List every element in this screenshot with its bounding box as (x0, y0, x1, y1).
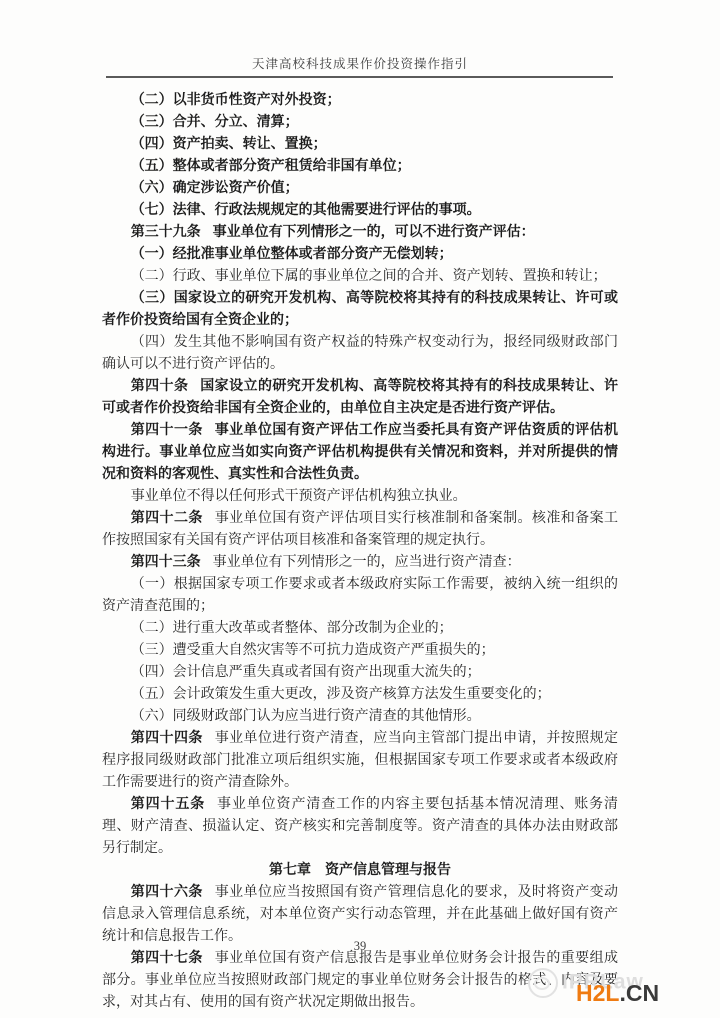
paragraph-text: （三）遭受重大自然灾害等不可抗力造成资产严重损失的； (131, 643, 495, 658)
page-number: 39 (0, 939, 720, 954)
article-lead: 第四十五条 (131, 797, 205, 812)
paragraph-text: （一）根据国家专项工作要求或者本级政府实际工作需要，被纳入统一组织的资产清查范围… (102, 577, 618, 614)
paragraph: （三）遭受重大自然灾害等不可抗力造成资产严重损失的； (102, 640, 618, 662)
paragraph-text: （四）发生其他不影响国有资产权益的特殊产权变动行为，报经同级财政部门确认可以不进… (102, 335, 618, 372)
paragraph-text: （七）法律、行政法规规定的其他需要进行评估的事项。 (131, 203, 481, 218)
paragraph: 第四十条国家设立的研究开发机构、高等院校将其持有的科技成果转让、许可或者作价投资… (102, 376, 618, 420)
paragraph: （五）整体或者部分资产租赁给非国有单位； (102, 156, 618, 178)
watermark-brand-dark: .CN (619, 980, 659, 1006)
paragraph-text: 事业单位有下列情形之一的，可以不进行资产评估： (213, 225, 535, 240)
paragraph: （四）资产拍卖、转让、置换； (102, 134, 618, 156)
paragraph: （五）会计政策发生重大更改，涉及资产核算方法发生重要变化的； (102, 684, 618, 706)
paragraph-text: （五）会计政策发生重大更改，涉及资产核算方法发生重要变化的； (131, 687, 551, 702)
paragraph: （七）法律、行政法规规定的其他需要进行评估的事项。 (102, 200, 618, 222)
article-lead: 第四十条 (131, 379, 189, 394)
paragraph-text: （四）资产拍卖、转让、置换； (131, 137, 327, 152)
paragraph-text: （四）会计信息严重失真或者国有资产出现重大流失的； (131, 665, 481, 680)
paragraph-text: 第七章 资产信息管理与报告 (269, 863, 451, 878)
paragraph-text: （三）国家设立的研究开发机构、高等院校将其持有的科技成果转让、许可或者作价投资给… (102, 291, 618, 328)
paragraph: 事业单位不得以任何形式干预资产评估机构独立执业。 (102, 486, 618, 508)
paragraph: 第四十三条事业单位有下列情形之一的，应当进行资产清查： (102, 552, 618, 574)
paragraph: （二）行政、事业单位下属的事业单位之间的合并、资产划转、置换和转让； (102, 266, 618, 288)
watermark-brand: H2L.CN (576, 980, 659, 1007)
paragraph-text: （一）经批准事业单位整体或者部分资产无偿划转； (131, 247, 453, 262)
paragraph: （二）以非货币性资产对外投资； (102, 90, 618, 112)
document-body: （二）以非货币性资产对外投资；（三）合并、分立、清算；（四）资产拍卖、转让、置换… (102, 90, 618, 1014)
header-rule (106, 76, 613, 78)
article-lead: 第三十九条 (131, 225, 201, 240)
paragraph: （四）会计信息严重失真或者国有资产出现重大流失的； (102, 662, 618, 684)
paragraph: 第四十一条事业单位国有资产评估工作应当委托具有资产评估资质的评估机构进行。事业单… (102, 420, 618, 486)
paragraph: 第四十五条事业单位资产清查工作的内容主要包括基本情况清理、账务清理、财产清查、损… (102, 794, 618, 860)
article-lead: 第四十六条 (131, 885, 203, 900)
paragraph-text: 事业单位不得以任何形式干预资产评估机构独立执业。 (131, 489, 467, 504)
paragraph: （六）确定涉讼资产价值； (102, 178, 618, 200)
paragraph: （二）进行重大改革或者整体、部分改制为企业的； (102, 618, 618, 640)
paragraph-text: 事业单位有下列情形之一的，应当进行资产清查： (213, 555, 521, 570)
paragraph: （三）合并、分立、清算； (102, 112, 618, 134)
article-lead: 第四十四条 (131, 731, 203, 746)
watermark-brand-orange: H2L (576, 980, 619, 1006)
paragraph: 第七章 资产信息管理与报告 (102, 860, 618, 882)
paragraph-text: （三）合并、分立、清算； (131, 115, 299, 130)
paragraph: （一）经批准事业单位整体或者部分资产无偿划转； (102, 244, 618, 266)
paragraph: 第三十九条事业单位有下列情形之一的，可以不进行资产评估： (102, 222, 618, 244)
paragraph: （三）国家设立的研究开发机构、高等院校将其持有的科技成果转让、许可或者作价投资给… (102, 288, 618, 332)
watermark-logo-icon (528, 968, 558, 998)
article-lead: 第四十三条 (131, 555, 201, 570)
watermark: IPRLaw H2L.CN (528, 966, 718, 1012)
paragraph: 第四十四条事业单位进行资产清查，应当向主管部门提出申请，并按照规定程序报同级财政… (102, 728, 618, 794)
paragraph: （一）根据国家专项工作要求或者本级政府实际工作需要，被纳入统一组织的资产清查范围… (102, 574, 618, 618)
paragraph: （四）发生其他不影响国有资产权益的特殊产权变动行为，报经同级财政部门确认可以不进… (102, 332, 618, 376)
paragraph: （六）同级财政部门认为应当进行资产清查的其他情形。 (102, 706, 618, 728)
paragraph-text: （二）行政、事业单位下属的事业单位之间的合并、资产划转、置换和转让； (131, 269, 607, 284)
paragraph-text: （二）以非货币性资产对外投资； (131, 93, 341, 108)
paragraph-text: （二）进行重大改革或者整体、部分改制为企业的； (131, 621, 453, 636)
paragraph-text: （五）整体或者部分资产租赁给非国有单位； (131, 159, 411, 174)
running-header-title: 天津高校科技成果作价投资操作指引 (0, 54, 720, 72)
paragraph-text: （六）确定涉讼资产价值； (131, 181, 299, 196)
paragraph: 第四十二条事业单位国有资产评估项目实行核准制和备案制。核准和备案工作按照国家有关… (102, 508, 618, 552)
document-page: 天津高校科技成果作价投资操作指引 （二）以非货币性资产对外投资；（三）合并、分立… (0, 0, 720, 1018)
article-lead: 第四十一条 (131, 423, 203, 438)
article-lead: 第四十二条 (131, 511, 203, 526)
paragraph-text: （六）同级财政部门认为应当进行资产清查的其他情形。 (131, 709, 481, 724)
